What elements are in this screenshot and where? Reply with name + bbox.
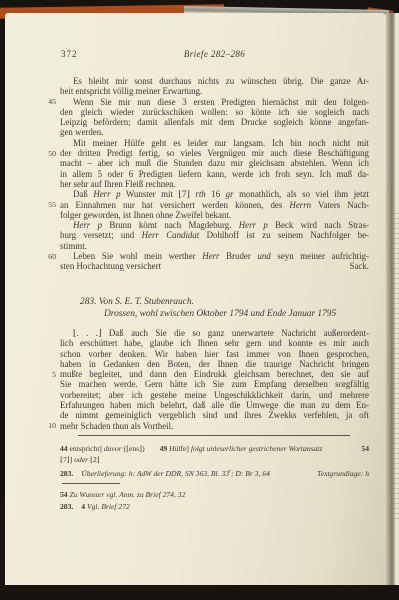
text-line: 283.4 Vgl. Brief 272 bbox=[60, 501, 369, 513]
book-gutter-shadow bbox=[386, 13, 399, 585]
line-text: vorbereitet; aber ich gestehe meine Unge… bbox=[60, 390, 369, 400]
margin-line-number: 5 bbox=[38, 370, 56, 380]
line-text: der dritten Predigt fertig, so vieles Ve… bbox=[60, 148, 369, 158]
line-text: mußte begleitet, und dann den Eindrukk g… bbox=[60, 369, 369, 379]
commentary-divider-rule bbox=[62, 483, 120, 484]
line-text: stimmt. bbox=[60, 241, 369, 251]
text-line: 45Wenn Sie mir nun diese 3 ersten Predig… bbox=[60, 97, 369, 107]
line-text: 283.Überlieferung: h: AdW der DDR, SN 36… bbox=[60, 469, 369, 480]
text-line: sten Hochachtung versichert Sack. bbox=[60, 261, 369, 271]
text-line: lich erschüttert habe, glaube ich Ihnen … bbox=[60, 338, 369, 348]
line-text: Sie machen werde. Gern hätte ich Sie zum… bbox=[60, 379, 369, 389]
apparatus-divider-rule bbox=[78, 435, 350, 436]
running-head: 372 Briefe 282–286 bbox=[60, 49, 369, 61]
line-text: beit entspricht völlig meiner Erwartung. bbox=[60, 86, 369, 96]
heading-line-2: Drossen, wohl zwischen Oktober 1794 und … bbox=[60, 309, 369, 321]
apparatus-transmission: 283.Überlieferung: h: AdW der DDR, SN 36… bbox=[60, 469, 369, 480]
facing-page-text-blur bbox=[392, 213, 399, 523]
margin-line-number: 55 bbox=[38, 200, 56, 210]
text-line: Leipzig befördern; damit allenfals mit d… bbox=[60, 117, 369, 127]
line-text: Mit meiner Hülfe geht es leider nur lang… bbox=[60, 138, 369, 148]
line-text: her sehr auf Ihren Fleiß rechnen. bbox=[60, 179, 369, 189]
text-line: 60Leben Sie wohl mein werther Herr Brude… bbox=[60, 251, 369, 261]
line-text: sten Hochachtung versichert Sack. bbox=[60, 261, 369, 271]
line-text: ⌊. . .⌋ Daß auch Sie die so ganz unerwar… bbox=[60, 328, 369, 338]
line-text: Erfahrungen haben mich belehrt, daß alle… bbox=[60, 400, 369, 410]
text-line: 5mußte begleitet, und dann den Eindrukk … bbox=[60, 369, 369, 379]
line-text: ⌊7⌋] oder ⌊2⌋ bbox=[60, 455, 369, 466]
line-text: schon vorher denken. Wir haben hier fast… bbox=[60, 349, 369, 359]
margin-line-number: 10 bbox=[38, 421, 56, 431]
text-line: her sehr auf Ihren Fleiß rechnen. bbox=[60, 179, 369, 189]
line-text: in allem 5 oder 6 Predigten liefern kann… bbox=[60, 169, 369, 179]
margin-line-number: 60 bbox=[38, 252, 56, 262]
running-title: Briefe 282–286 bbox=[60, 49, 369, 59]
heading-line-1: 283. Von S. E. T. Stubenrauch. bbox=[60, 297, 369, 309]
text-line: 54 Zu Wunster vgl. Anm. zu Brief 274, 32 bbox=[60, 489, 369, 501]
text-line: den gleich wieder zurückschiken wollen: … bbox=[60, 107, 369, 117]
apparatus-variants: 44 entspricht] davor (⌊ens⌋)49 Hülfe] fo… bbox=[60, 444, 369, 466]
text-line: 10mehr Schaden thun als Vortheil. bbox=[60, 421, 369, 431]
line-text: Es bleibt mir sonst durchaus nichts zu w… bbox=[60, 76, 369, 86]
line-text: gen werden. bbox=[60, 127, 369, 137]
line-text: lich erschüttert habe, glaube ich Ihnen … bbox=[60, 338, 369, 348]
line-text: mehr Schaden thun als Vortheil. bbox=[60, 421, 369, 431]
line-text: Wenn Sie mir nun diese 3 ersten Predigte… bbox=[60, 97, 369, 107]
text-line: beit entspricht völlig meiner Erwartung. bbox=[60, 86, 369, 96]
text-line: 283.Überlieferung: h: AdW der DDR, SN 36… bbox=[60, 469, 369, 480]
line-text: Leipzig befördern; damit allenfals mit d… bbox=[60, 117, 369, 127]
line-text: den gleich wieder zurückschiken wollen: … bbox=[60, 107, 369, 117]
text-line: gen werden. bbox=[60, 127, 369, 137]
line-text: Leben Sie wohl mein werther Herr Bruder … bbox=[60, 251, 369, 261]
line-text: 44 entspricht] davor (⌊ens⌋)49 Hülfe] fo… bbox=[60, 444, 369, 455]
line-text: 54 Zu Wunster vgl. Anm. zu Brief 274, 32 bbox=[60, 489, 369, 501]
text-line: ⌊. . .⌋ Daß auch Sie die so ganz unerwar… bbox=[60, 328, 369, 338]
commentary-notes: 54 Zu Wunster vgl. Anm. zu Brief 274, 32… bbox=[60, 489, 369, 513]
text-line: burg versetzt; und Herr Candidat Dohlhof… bbox=[60, 230, 369, 240]
text-line: Daß Herr p Wunster mit ⌊7⌋ rth 16 gr mon… bbox=[60, 189, 369, 199]
line-text: macht – aber ich muß die Stunden dazu mi… bbox=[60, 158, 369, 168]
text-line: 50der dritten Predigt fertig, so vieles … bbox=[60, 148, 369, 158]
text-line: 44 entspricht] davor (⌊ens⌋)49 Hülfe] fo… bbox=[60, 444, 369, 455]
line-text: haben in Gedanken den Boten, der Ihnen d… bbox=[60, 359, 369, 369]
text-line: ⌊7⌋] oder ⌊2⌋ bbox=[60, 455, 369, 466]
margin-line-number: 45 bbox=[38, 97, 56, 107]
text-line: folger geworden, ist Ihnen ohne Zweifel … bbox=[60, 210, 369, 220]
letter-283-heading: 283. Von S. E. T. Stubenrauch. Drossen, … bbox=[60, 297, 369, 320]
text-line: Mit meiner Hülfe geht es leider nur lang… bbox=[60, 138, 369, 148]
line-text: burg versetzt; und Herr Candidat Dohlhof… bbox=[60, 230, 369, 240]
text-line: macht – aber ich muß die Stunden dazu mi… bbox=[60, 158, 369, 168]
text-line: Sie machen werde. Gern hätte ich Sie zum… bbox=[60, 379, 369, 389]
text-line: Es bleibt mir sonst durchaus nichts zu w… bbox=[60, 76, 369, 86]
line-text: 283.4 Vgl. Brief 272 bbox=[60, 501, 369, 513]
text-line: schon vorher denken. Wir haben hier fast… bbox=[60, 349, 369, 359]
text-line: in allem 5 oder 6 Predigten liefern kann… bbox=[60, 169, 369, 179]
text-line: stimmt. bbox=[60, 241, 369, 251]
line-text: de nimmt gemeiniglich vergeblich sind un… bbox=[60, 410, 369, 420]
line-text: folger geworden, ist Ihnen ohne Zweifel … bbox=[60, 210, 369, 220]
text-line: 55an Einnahmen nur hat versichert werden… bbox=[60, 200, 369, 210]
text-line: de nimmt gemeiniglich vergeblich sind un… bbox=[60, 410, 369, 420]
text-line: haben in Gedanken den Boten, der Ihnen d… bbox=[60, 359, 369, 369]
text-line: Erfahrungen haben mich belehrt, daß alle… bbox=[60, 400, 369, 410]
margin-line-number: 50 bbox=[38, 149, 56, 159]
line-text: Daß Herr p Wunster mit ⌊7⌋ rth 16 gr mon… bbox=[60, 189, 369, 199]
letter-282-text: Es bleibt mir sonst durchaus nichts zu w… bbox=[60, 76, 369, 272]
line-text: an Einnahmen nur hat versichert werden k… bbox=[60, 200, 369, 210]
line-text: Herr p Brunn kömt nach Magdeburg. Herr p… bbox=[60, 220, 369, 230]
book-photo: 372 Briefe 282–286 Es bleibt mir sonst d… bbox=[0, 0, 399, 600]
letter-283-text: ⌊. . .⌋ Daß auch Sie die so ganz unerwar… bbox=[60, 328, 369, 431]
text-line: vorbereitet; aber ich gestehe meine Unge… bbox=[60, 390, 369, 400]
scanned-page: 372 Briefe 282–286 Es bleibt mir sonst d… bbox=[5, 13, 387, 585]
text-line: Herr p Brunn kömt nach Magdeburg. Herr p… bbox=[60, 220, 369, 230]
